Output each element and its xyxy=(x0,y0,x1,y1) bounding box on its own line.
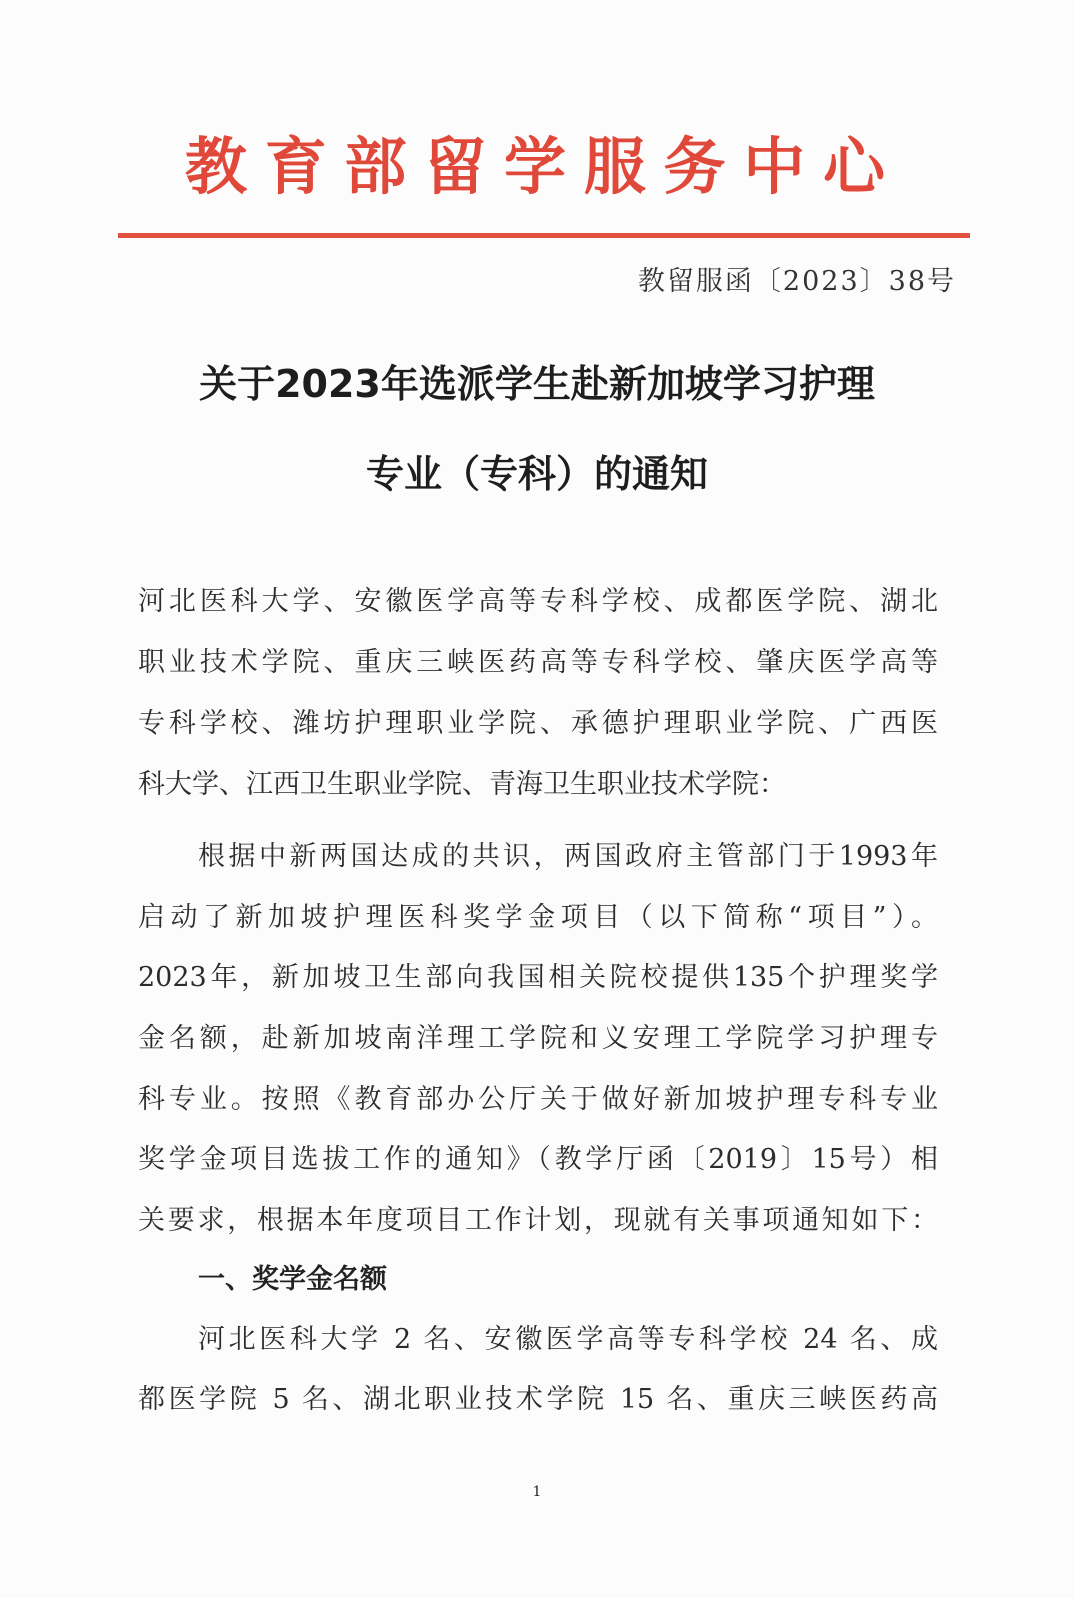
paragraph-line: 根据中新两国达成的共识，两国政府主管部门于1993年 xyxy=(198,835,938,879)
paragraph-line: 启动了新加坡护理医科奖学金项目（以下简称“项目”）。 xyxy=(138,896,938,940)
letterhead-char: 服 xyxy=(584,122,646,212)
letterhead-char: 学 xyxy=(504,122,566,212)
paragraph-line: 关要求，根据本年度项目工作计划，现就有关事项通知如下： xyxy=(138,1199,938,1243)
document-title-line-1: 关于2023年选派学生赴新加坡学习护理 xyxy=(0,356,1074,412)
addressee-line: 科大学、江西卫生职业学院、青海卫生职业技术学院： xyxy=(138,763,938,807)
paragraph-line: 河北医科大学 2 名、安徽医学高等专科学校 24 名、成 xyxy=(198,1318,938,1362)
letterhead-char: 中 xyxy=(743,122,805,212)
organization-letterhead: 教 育 部 留 学 服 务 中 心 xyxy=(185,122,885,212)
letterhead-char: 留 xyxy=(424,122,486,212)
letterhead-char: 教 xyxy=(185,122,247,212)
paragraph-line: 2023年，新加坡卫生部向我国相关院校提供135个护理奖学 xyxy=(138,956,938,1000)
letterhead-char: 务 xyxy=(664,122,726,212)
paragraph-line: 奖学金项目选拔工作的通知》（教学厅函〔2019〕15号）相 xyxy=(138,1138,938,1182)
letterhead-divider xyxy=(118,233,970,238)
addressee-line: 专科学校、潍坊护理职业学院、承德护理职业学院、广西医 xyxy=(138,702,938,746)
letterhead-char: 部 xyxy=(345,122,407,212)
paragraph-line: 科专业。按照《教育部办公厅关于做好新加坡护理专科专业 xyxy=(138,1078,938,1122)
document-title-line-2: 专业（专科）的通知 xyxy=(0,446,1074,502)
paragraph-line: 金名额，赴新加坡南洋理工学院和义安理工学院学习护理专 xyxy=(138,1017,938,1061)
addressee-line: 职业技术学院、重庆三峡医药高等专科学校、肇庆医学高等 xyxy=(138,641,938,685)
paragraph-line: 都医学院 5 名、湖北职业技术学院 15 名、重庆三峡医药高 xyxy=(138,1378,938,1422)
document-number: 教留服函〔2023〕38号 xyxy=(638,262,956,302)
letterhead-char: 育 xyxy=(265,122,327,212)
section-1-heading: 一、奖学金名额 xyxy=(198,1258,387,1302)
document-page: 教 育 部 留 学 服 务 中 心 教留服函〔2023〕38号 关于2023年选… xyxy=(0,0,1074,1598)
addressee-line: 河北医科大学、安徽医学高等专科学校、成都医学院、湖北 xyxy=(138,580,938,624)
letterhead-char: 心 xyxy=(823,122,885,212)
page-number: 1 xyxy=(0,1484,1074,1500)
